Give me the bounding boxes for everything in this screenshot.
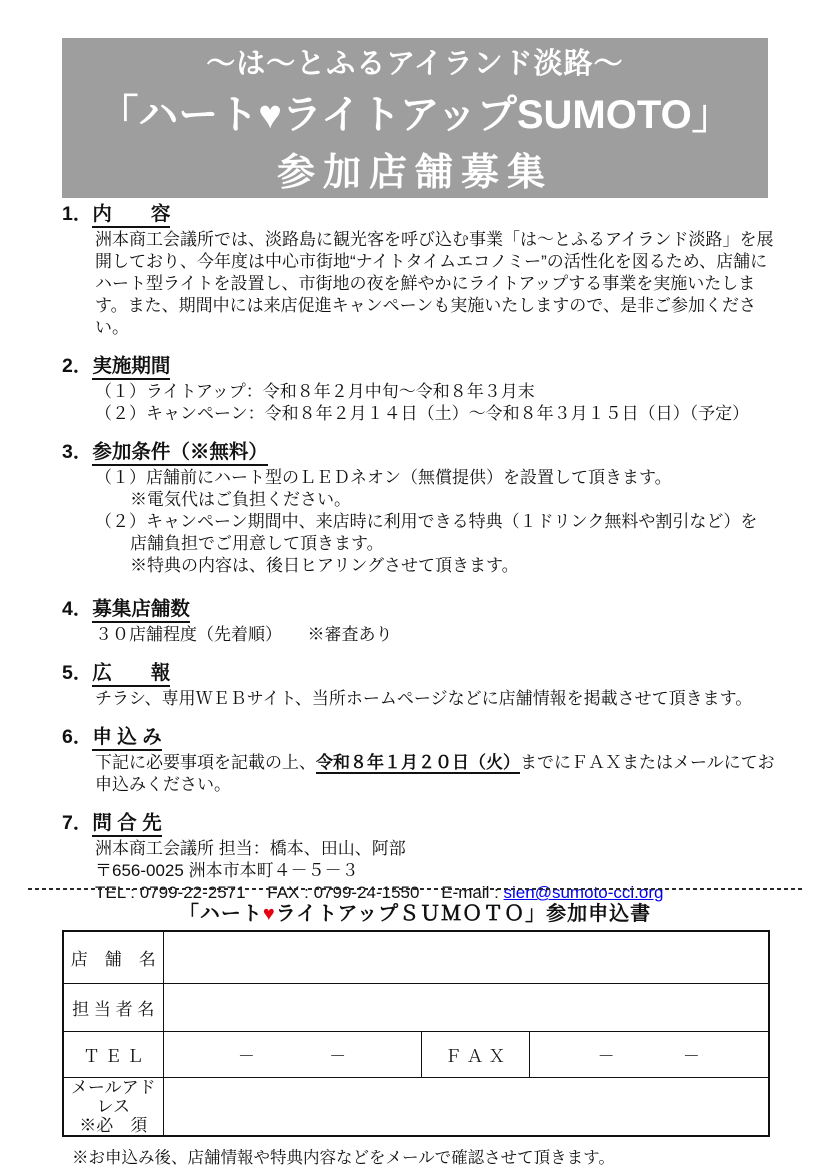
publicity-line: チラシ、専用ＷＥＢサイト、当所ホームページなどに店舗情報を掲載させて頂きます。 [95, 688, 775, 710]
period-lightup-line: （１）ライトアップ：令和８年２月中旬～令和８年３月末 [95, 381, 775, 403]
application-form-table: 店 舗 名 担 当 者 名 Ｔ Ｅ Ｌ －－ Ｆ Ａ Ｘ －－ メールアドレス [62, 930, 770, 1137]
section-contents-paragraph: 洲本商工会議所では、淡路島に観光客を呼び込む事業「は～とふるアイランド淡路」を展… [95, 229, 775, 339]
section-contact: 7．問 合 先 洲本商工会議所 担当：橋本、田山、阿部 〒656-0025 洲本… [62, 811, 775, 904]
form-footer-note: ※お申込み後、店舗情報や特典内容などをメールで確認させて頂きます。 [72, 1144, 768, 1168]
section-conditions-heading: 3．参加条件（※無料） [62, 440, 775, 465]
email-label-line2: ※必 須 [64, 1116, 163, 1135]
banner-subtitle: ～は～とふるアイランド淡路～ [62, 41, 768, 82]
shop-count-line: ３０店舗程度（先着順） ※審査あり [95, 624, 775, 646]
form-title-suffix: ライトアップＳＵＭＯＴＯ」参加申込書 [276, 903, 651, 925]
section-title: 募集店舗数 [92, 598, 190, 623]
table-row-person-name: 担 当 者 名 [63, 983, 769, 1031]
section-publicity-heading: 5．広 報 [62, 661, 775, 686]
banner-main-title: 「ハート♥ライトアップSUMOTO」 [62, 83, 768, 140]
table-row-tel-fax: Ｔ Ｅ Ｌ －－ Ｆ Ａ Ｘ －－ [63, 1031, 769, 1077]
fax-dash: － [683, 1042, 700, 1067]
condition-item-2: （２）キャンペーン期間中、来店時に利用できる特典（１ドリンク無料や割引など）を [95, 511, 775, 533]
shop-name-label: 店 舗 名 [63, 931, 163, 983]
fax-dash-guides: －－ [530, 1042, 769, 1067]
section-number: 2． [62, 355, 92, 377]
person-name-label: 担 当 者 名 [63, 983, 163, 1031]
condition-note-2: ※特典の内容は、後日ヒアリングさせて頂きます。 [130, 555, 775, 577]
section-title: 参加条件（※無料） [92, 441, 268, 466]
title-banner: ～は～とふるアイランド淡路～ 「ハート♥ライトアップSUMOTO」 参加店舗募集 [62, 38, 768, 198]
table-row-shop-name: 店 舗 名 [63, 931, 769, 983]
banner-recruit-line: 参加店舗募集 [62, 141, 768, 196]
fax-label: Ｆ Ａ Ｘ [421, 1031, 529, 1077]
dashed-cut-line [28, 888, 802, 890]
section-application: 6．申 込 み 下記に必要事項を記載の上、令和８年１月２０日（火）までにＦＡＸま… [62, 725, 775, 796]
condition-note-1: ※電気代はご負担ください。 [130, 489, 775, 511]
period-campaign-line: （２）キャンペーン：令和８年２月１４日（土）～令和８年３月１５日（日）（予定） [95, 403, 775, 425]
contact-staff-line: 洲本商工会議所 担当：橋本、田山、阿部 [95, 838, 775, 860]
contact-address-line: 〒656-0025 洲本市本町４－５－３ [95, 860, 775, 882]
section-number: 3． [62, 441, 92, 463]
section-number: 1． [62, 203, 92, 225]
tel-label: Ｔ Ｅ Ｌ [63, 1031, 163, 1077]
application-paragraph: 下記に必要事項を記載の上、令和８年１月２０日（火）までにＦＡＸまたはメールにてお… [95, 752, 775, 796]
section-title: 内 容 [92, 203, 170, 228]
heart-icon: ♥ [263, 903, 276, 925]
condition-item-2-cont: 店舗負担でご用意して頂きます。 [130, 533, 775, 555]
section-title: 実施期間 [92, 355, 170, 380]
condition-item-1: （１）店舗前にハート型のＬＥＤネオン（無償提供）を設置して頂きます。 [95, 467, 775, 489]
section-contact-heading: 7．問 合 先 [62, 811, 775, 836]
section-shop-count: 4．募集店舗数 ３０店舗程度（先着順） ※審査あり [62, 597, 775, 646]
application-deadline: 令和８年１月２０日（火） [316, 753, 520, 774]
tel-dash: － [329, 1042, 346, 1067]
section-period: 2．実施期間 （１）ライトアップ：令和８年２月中旬～令和８年３月末 （２）キャン… [62, 354, 775, 425]
section-number: 5． [62, 662, 92, 684]
tel-dash-guides: －－ [164, 1042, 421, 1067]
section-publicity: 5．広 報 チラシ、専用ＷＥＢサイト、当所ホームページなどに店舗情報を掲載させて… [62, 661, 775, 710]
section-number: 7． [62, 812, 92, 834]
application-pre-text: 下記に必要事項を記載の上、 [95, 753, 316, 772]
section-period-heading: 2．実施期間 [62, 354, 775, 379]
section-number: 4． [62, 598, 92, 620]
section-title: 広 報 [92, 662, 170, 687]
tel-input[interactable]: －－ [163, 1031, 421, 1077]
shop-name-input[interactable] [163, 931, 769, 983]
fax-input[interactable]: －－ [529, 1031, 769, 1077]
application-form: 「ハート♥ライトアップＳＵＭＯＴＯ」参加申込書 店 舗 名 担 当 者 名 Ｔ … [62, 897, 768, 1168]
fax-dash: － [598, 1042, 615, 1067]
tel-dash: － [238, 1042, 255, 1067]
application-form-title: 「ハート♥ライトアップＳＵＭＯＴＯ」参加申込書 [62, 897, 768, 926]
flyer-page: ～は～とふるアイランド淡路～ 「ハート♥ライトアップSUMOTO」 参加店舗募集… [0, 0, 830, 1174]
document-body: 1．内 容 洲本商工会議所では、淡路島に観光客を呼び込む事業「は～とふるアイラン… [62, 202, 775, 904]
table-row-email: メールアドレス ※必 須 [63, 1077, 769, 1136]
section-shop-count-heading: 4．募集店舗数 [62, 597, 775, 622]
section-contents-heading: 1．内 容 [62, 202, 775, 227]
section-title: 問 合 先 [92, 812, 161, 837]
email-address-input[interactable] [163, 1077, 769, 1136]
section-title: 申 込 み [92, 726, 161, 751]
section-number: 6． [62, 726, 92, 748]
form-title-prefix: 「ハート [179, 903, 263, 925]
email-address-label: メールアドレス ※必 須 [63, 1077, 163, 1136]
email-label-line1: メールアドレス [64, 1078, 163, 1116]
section-contents: 1．内 容 洲本商工会議所では、淡路島に観光客を呼び込む事業「は～とふるアイラン… [62, 202, 775, 339]
section-application-heading: 6．申 込 み [62, 725, 775, 750]
section-conditions: 3．参加条件（※無料） （１）店舗前にハート型のＬＥＤネオン（無償提供）を設置し… [62, 440, 775, 577]
person-name-input[interactable] [163, 983, 769, 1031]
